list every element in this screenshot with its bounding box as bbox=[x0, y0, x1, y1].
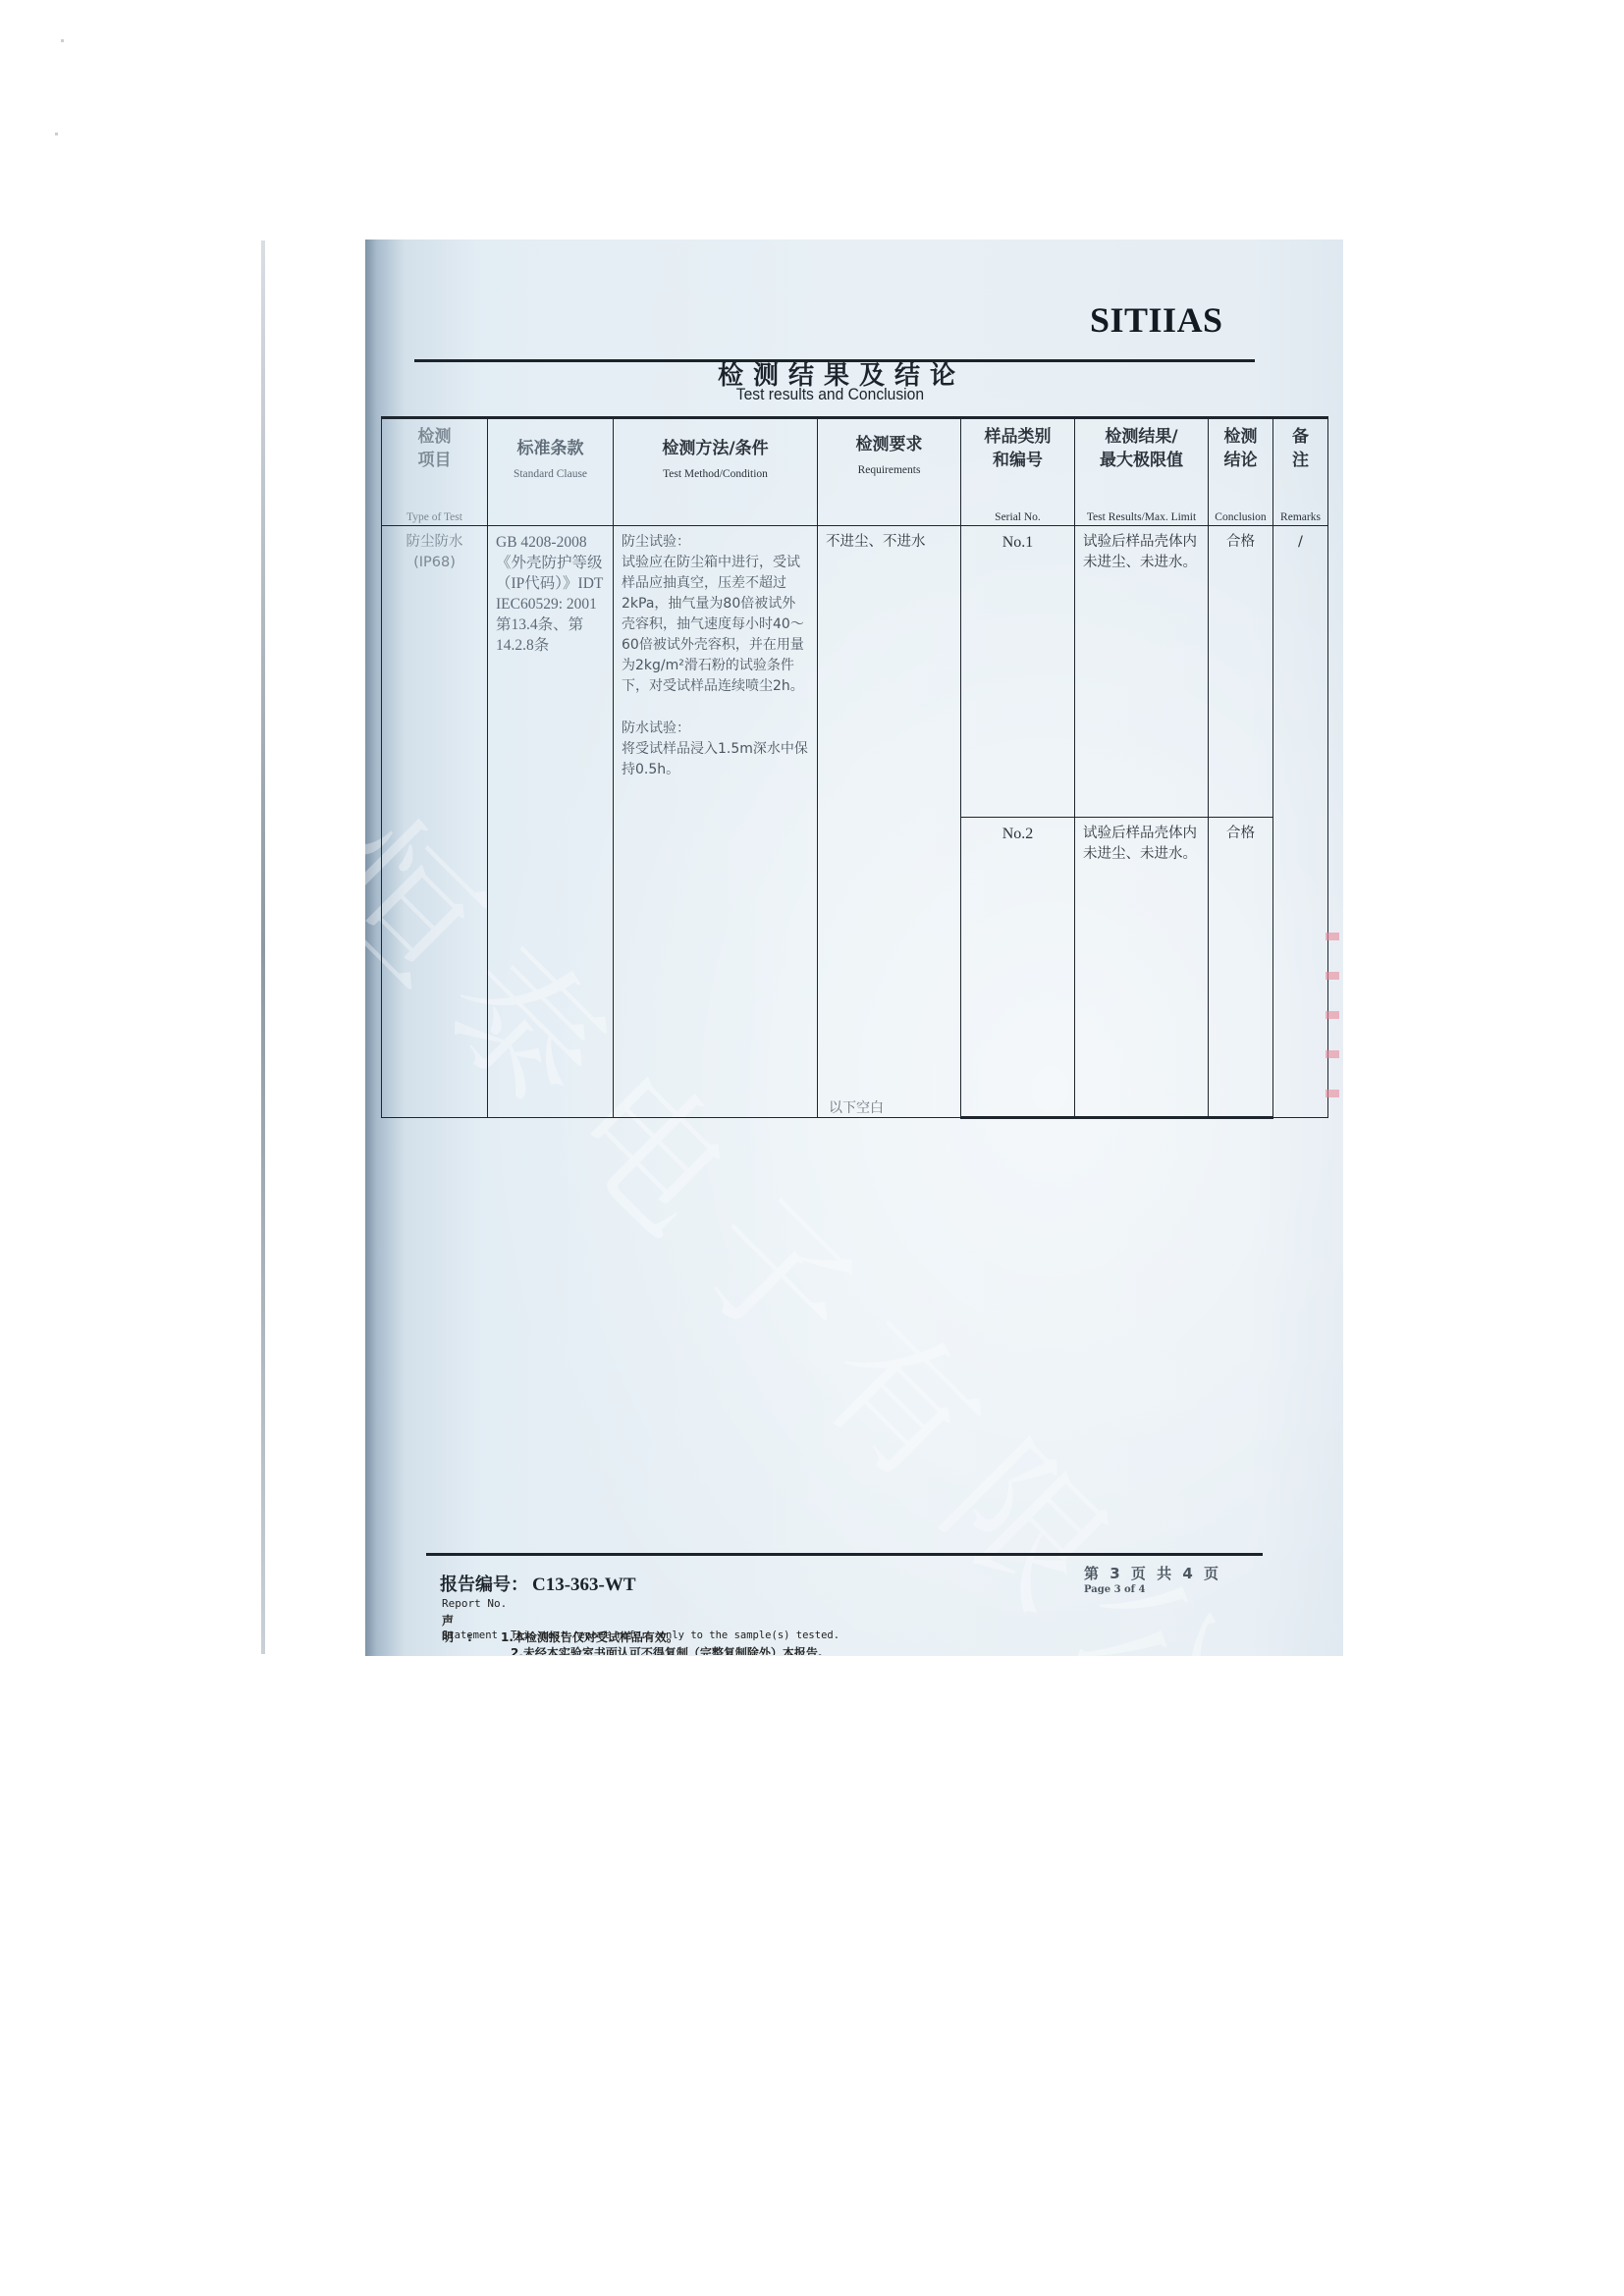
col-header-method: 检测方法/条件 Test Method/Condition bbox=[614, 418, 818, 526]
col-header-conclusion: 检测结论 Conclusion bbox=[1209, 418, 1273, 526]
col-header-remarks: 备注 Remarks bbox=[1273, 418, 1328, 526]
cell-type-of-test: 防尘防水 (IP68) bbox=[382, 526, 488, 1118]
scan-edge bbox=[261, 240, 265, 1654]
scan-speck bbox=[61, 39, 64, 42]
cell-requirements: 不进尘、不进水 bbox=[818, 526, 961, 1118]
report-number: 报告编号：C13-363-WT bbox=[440, 1571, 636, 1596]
cell-conclusion-2: 合格 bbox=[1209, 818, 1273, 1118]
page-indicator-en: Page 3 of 4 bbox=[1084, 1584, 1145, 1595]
page-subtitle: Test results and Conclusion bbox=[65, 385, 1559, 404]
col-header-serial: 样品类别和编号 Serial No. bbox=[961, 418, 1075, 526]
report-number-label-en: Report No. bbox=[442, 1597, 507, 1610]
dust-test-title: 防尘试验： bbox=[622, 532, 809, 553]
cell-conclusion-1: 合格 bbox=[1209, 526, 1273, 818]
scan-speck bbox=[55, 133, 58, 135]
statement-2: 2.未经本实验室书面认可不得复制（完整复制除外）本报告。 bbox=[511, 1644, 830, 1655]
page-indicator: 第 3 页 共 4 页 bbox=[1084, 1563, 1221, 1583]
brand-logo: SITIIAS bbox=[1090, 299, 1223, 341]
statement-1-en: StatementThis test report refers only to… bbox=[442, 1629, 839, 1641]
col-header-results: 检测结果/最大极限值 Test Results/Max. Limit bbox=[1075, 418, 1209, 526]
col-header-standard: 标准条款 Standard Clause bbox=[488, 418, 614, 526]
col-header-type: 检测项目 Type of Test bbox=[382, 418, 488, 526]
table-row: 防尘防水 (IP68) GB 4208-2008《外壳防护等级（IP代码）》ID… bbox=[382, 526, 1328, 818]
table-header-row: 检测项目 Type of Test 标准条款 Standard Clause 检… bbox=[382, 418, 1328, 526]
blank-below-note: 以下空白 bbox=[0, 1097, 1624, 1117]
col-header-requirements: 检测要求 Requirements bbox=[818, 418, 961, 526]
report-number-value: C13-363-WT bbox=[532, 1575, 636, 1595]
red-seal-edge bbox=[1326, 933, 1339, 1129]
dust-test-body: 试验应在防尘箱中进行，受试样品应抽真空，压差不超过2kPa，抽气量为80倍被试外… bbox=[622, 553, 809, 697]
cell-remarks: / bbox=[1273, 526, 1328, 1118]
cell-test-method: 防尘试验： 试验应在防尘箱中进行，受试样品应抽真空，压差不超过2kPa，抽气量为… bbox=[614, 526, 818, 1118]
statement-label-en: Statement bbox=[442, 1629, 511, 1641]
water-test-title: 防水试验： bbox=[622, 719, 809, 739]
cell-serial-1: No.1 bbox=[961, 526, 1075, 818]
cell-result-2: 试验后样品壳体内未进尘、未进水。 bbox=[1075, 818, 1209, 1118]
results-table: 检测项目 Type of Test 标准条款 Standard Clause 检… bbox=[381, 416, 1328, 1119]
footer-rule bbox=[426, 1553, 1263, 1556]
report-number-label: 报告编号： bbox=[440, 1575, 528, 1595]
water-test-body: 将受试样品浸入1.5m深水中保持0.5h。 bbox=[622, 739, 809, 780]
cell-standard-clause: GB 4208-2008《外壳防护等级（IP代码）》IDT IEC60529: … bbox=[488, 526, 614, 1118]
cell-serial-2: No.2 bbox=[961, 818, 1075, 1118]
cell-result-1: 试验后样品壳体内未进尘、未进水。 bbox=[1075, 526, 1209, 818]
